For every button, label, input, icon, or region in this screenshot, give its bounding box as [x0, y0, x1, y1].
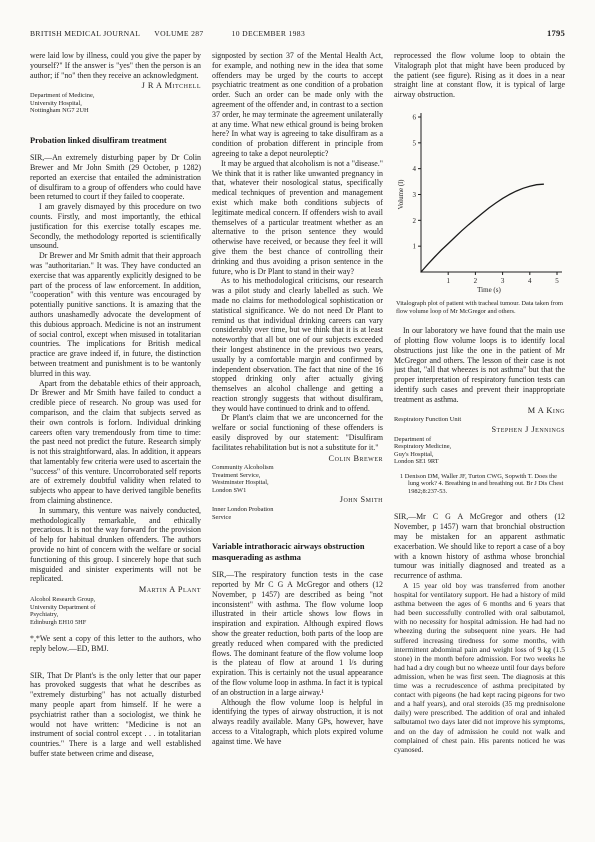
- figure-caption: Vitalograph plot of patient with trachea…: [396, 300, 563, 315]
- section-gap: [30, 654, 201, 671]
- vitalograph-figure: 12345612345Volume (l)Time (s) Vitalograp…: [394, 107, 565, 315]
- journal-volume: VOLUME 287: [154, 29, 203, 38]
- vitalograph-plot: 12345612345Volume (l)Time (s): [395, 107, 565, 297]
- journal-page: BRITISH MEDICAL JOURNALVOLUME 28710 DECE…: [0, 0, 595, 842]
- signature-plant: Martin A Plant: [30, 585, 201, 595]
- address-brewer: Community Alcoholism Treatment Service, …: [212, 464, 383, 494]
- letter-paragraph: SIR, That Dr Plant's is the only letter …: [30, 671, 201, 759]
- svg-text:3: 3: [500, 277, 504, 285]
- letter-paragraph: It may be argued that alcoholism is not …: [212, 159, 383, 277]
- letter-paragraph: Apart from the debatable ethics of their…: [30, 379, 201, 506]
- address-mitchell: Department of Medicine, University Hospi…: [30, 92, 201, 115]
- letter-paragraph: Dr Plant's claim that we are unconcerned…: [212, 413, 383, 452]
- journal-date: 10 DECEMBER 1983: [232, 29, 306, 38]
- letter-paragraph: SIR,—An extremely disturbing paper by Dr…: [30, 153, 201, 202]
- column-2: signposted by section 37 of the Mental H…: [212, 51, 383, 811]
- address-smith: Inner London Probation Service: [212, 506, 383, 521]
- letter-heading-airways: Variable intrathoracic airways obstructi…: [212, 542, 383, 563]
- letter-paragraph: SIR,—Mr C G A McGregor and others (12 No…: [394, 512, 565, 581]
- column-1: were laid low by illness, could you give…: [30, 51, 201, 811]
- letter-paragraph: reprocessed the flow volume loop to obta…: [394, 51, 565, 100]
- journal-masthead: BRITISH MEDICAL JOURNALVOLUME 28710 DECE…: [30, 29, 319, 38]
- reference-list: 1 Denison DM, Waller JF, Turton CWG, Sop…: [400, 473, 565, 496]
- svg-text:5: 5: [412, 139, 416, 147]
- svg-text:Volume (l): Volume (l): [397, 179, 405, 210]
- signature-mitchell: J R A Mitchell: [30, 81, 201, 91]
- signature-brewer: Colin Brewer: [212, 454, 383, 464]
- column-3: reprocessed the flow volume loop to obta…: [394, 51, 565, 811]
- letter-paragraph: Although the flow volume loop is helpful…: [212, 698, 383, 747]
- section-gap: [394, 318, 565, 326]
- signature-king: M A King: [394, 406, 565, 416]
- columns: were laid low by illness, could you give…: [30, 51, 565, 811]
- svg-text:Time (s): Time (s): [477, 286, 501, 294]
- letter-paragraph: I am gravely dismayed by this procedure …: [30, 202, 201, 251]
- letter-heading-disulfiram: Probation linked disulfiram treatment: [30, 136, 201, 147]
- editor-note: *,*We sent a copy of this letter to the …: [30, 634, 201, 654]
- letter-paragraph: Dr Brewer and Mr Smith admit that their …: [30, 251, 201, 378]
- svg-text:2: 2: [412, 217, 416, 225]
- page-number: 1795: [547, 28, 565, 38]
- address-plant: Alcohol Research Group, University Depar…: [30, 596, 201, 626]
- signature-jennings: Stephen J Jennings: [394, 425, 565, 435]
- letter-paragraph: In our laboratory we have found that the…: [394, 326, 565, 404]
- svg-text:1: 1: [412, 243, 416, 251]
- letter-paragraph: As to his methodological criticisms, our…: [212, 276, 383, 413]
- journal-title: BRITISH MEDICAL JOURNAL: [30, 29, 140, 38]
- svg-text:4: 4: [412, 165, 416, 173]
- svg-text:6: 6: [412, 113, 416, 121]
- letter-paragraph: signposted by section 37 of the Mental H…: [212, 51, 383, 159]
- letter-paragraph: SIR,—The respiratory function tests in t…: [212, 570, 383, 697]
- svg-text:3: 3: [412, 191, 416, 199]
- letter-paragraph: were laid low by illness, could you give…: [30, 51, 201, 80]
- svg-text:2: 2: [473, 277, 477, 285]
- svg-text:5: 5: [555, 277, 559, 285]
- letter-paragraph: In summary, this venture was naively con…: [30, 506, 201, 584]
- case-report-paragraph: A 15 year old boy was transferred from a…: [394, 581, 565, 754]
- section-gap: [394, 495, 565, 512]
- page-header: BRITISH MEDICAL JOURNALVOLUME 28710 DECE…: [30, 28, 565, 38]
- signature-smith: John Smith: [212, 495, 383, 505]
- address-jennings: Department of Respiratory Medicine, Guy'…: [394, 436, 565, 466]
- svg-text:1: 1: [446, 277, 450, 285]
- address-king: Respiratory Function Unit: [394, 416, 565, 424]
- svg-text:4: 4: [528, 277, 532, 285]
